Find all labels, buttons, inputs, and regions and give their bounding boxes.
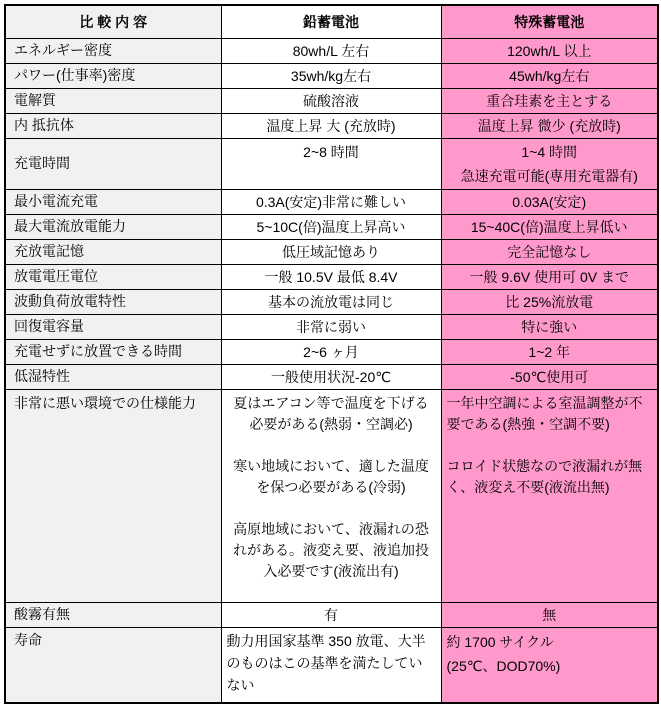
special-battery-value-cell: 約 1700 サイクル(25℃、DOD70%)	[441, 627, 658, 703]
table-row: 酸霧有無有無	[5, 602, 658, 627]
special-battery-value-cell: 一年中空調による室温調整が不要である(熱強・空調不要)コロイド状態なので液漏れが…	[441, 389, 658, 602]
lead-battery-value-cell: 非常に弱い	[221, 314, 441, 339]
lead-battery-value-cell: 低圧域記憶あり	[221, 239, 441, 264]
lead-battery-value-cell: 硫酸溶液	[221, 88, 441, 113]
table-header: 比 較 内 容 鉛蓄電池 特殊蓄電池	[5, 5, 658, 38]
lead-battery-value-cell: 夏はエアコン等で温度を下げる必要がある(熱弱・空調必)寒い地域において、適した温…	[221, 389, 441, 602]
special-battery-value-cell: 温度上昇 微少 (充放時)	[441, 113, 658, 138]
special-battery-value-cell: 無	[441, 602, 658, 627]
table-row: 非常に悪い環境での仕様能力夏はエアコン等で温度を下げる必要がある(熱弱・空調必)…	[5, 389, 658, 602]
lead-battery-value-cell: 基本の流放電は同じ	[221, 289, 441, 314]
table-row: エネルギー密度80wh/L 左右120wh/L 以上	[5, 38, 658, 63]
special-battery-value-cell: 一般 9.6V 使用可 0V まで	[441, 264, 658, 289]
lead-battery-value-cell: 2~8 時間	[221, 138, 441, 189]
lead-battery-value-cell: 一般 10.5V 最低 8.4V	[221, 264, 441, 289]
table-row: 寿命動力用国家基準 350 放電、大半のものはこの基準を満たしていない約 170…	[5, 627, 658, 703]
special-battery-value-cell: 完全記憶なし	[441, 239, 658, 264]
special-battery-value-cell: 0.03A(安定)	[441, 189, 658, 214]
lead-battery-value-cell: 0.3A(安定)非常に難しい	[221, 189, 441, 214]
header-special-battery: 特殊蓄電池	[441, 5, 658, 38]
special-battery-value-cell: 45wh/kg左右	[441, 63, 658, 88]
paragraph-gap	[447, 435, 653, 456]
row-label-cell: 放電電圧電位	[5, 264, 221, 289]
row-label-cell: 寿命	[5, 627, 221, 703]
cell-paragraph: コロイド状態なので液漏れが無く、液変え不要(液流出無)	[447, 456, 653, 498]
cell-paragraph: (25℃、DOD70%)	[447, 654, 653, 678]
row-label-cell: 電解質	[5, 88, 221, 113]
paragraph-gap	[227, 498, 436, 519]
table-row: パワー(仕事率)密度35wh/kg左右45wh/kg左右	[5, 63, 658, 88]
table-row: 波動負荷放電特性基本の流放電は同じ比 25%流放電	[5, 289, 658, 314]
page: 比 較 内 容 鉛蓄電池 特殊蓄電池 エネルギー密度80wh/L 左右120wh…	[0, 0, 661, 709]
lead-battery-value-cell: 35wh/kg左右	[221, 63, 441, 88]
table-row: 充放電記憶低圧域記憶あり完全記憶なし	[5, 239, 658, 264]
special-battery-value-cell: 1~2 年	[441, 339, 658, 364]
table-row: 回復電容量非常に弱い特に強い	[5, 314, 658, 339]
battery-comparison-table: 比 較 内 容 鉛蓄電池 特殊蓄電池 エネルギー密度80wh/L 左右120wh…	[4, 4, 659, 704]
special-battery-value-cell: 120wh/L 以上	[441, 38, 658, 63]
special-battery-value-cell: -50℃使用可	[441, 364, 658, 389]
table-row: 電解質硫酸溶液重合珪素を主とする	[5, 88, 658, 113]
table-row: 充電時間2~8 時間1~4 時間急速充電可能(専用充電器有)	[5, 138, 658, 189]
cell-paragraph: 夏はエアコン等で温度を下げる必要がある(熱弱・空調必)	[227, 393, 436, 435]
special-battery-value-cell: 重合珪素を主とする	[441, 88, 658, 113]
header-lead-acid-battery: 鉛蓄電池	[221, 5, 441, 38]
table-row: 内 抵抗体温度上昇 大 (充放時)温度上昇 微少 (充放時)	[5, 113, 658, 138]
row-label-cell: 最大電流放電能力	[5, 214, 221, 239]
row-label-cell: 低湿特性	[5, 364, 221, 389]
lead-battery-value-cell: 有	[221, 602, 441, 627]
paragraph-gap	[227, 435, 436, 456]
cell-paragraph: 1~4 時間	[447, 140, 653, 164]
row-label-cell: 非常に悪い環境での仕様能力	[5, 389, 221, 602]
lead-battery-value-cell: 2~6 ヶ月	[221, 339, 441, 364]
lead-battery-value-cell: 温度上昇 大 (充放時)	[221, 113, 441, 138]
cell-paragraph: 急速充電可能(専用充電器有)	[447, 164, 653, 188]
cell-paragraph: 一年中空調による室温調整が不要である(熱強・空調不要)	[447, 393, 653, 435]
lead-battery-value-cell: 一般使用状況-20℃	[221, 364, 441, 389]
row-label-cell: エネルギー密度	[5, 38, 221, 63]
row-label-cell: 充電時間	[5, 138, 221, 189]
table-body: エネルギー密度80wh/L 左右120wh/L 以上パワー(仕事率)密度35wh…	[5, 38, 658, 703]
cell-paragraph: 高原地域において、液漏れの恐れがある。液変え要、液追加投入必要です(液流出有)	[227, 519, 436, 582]
lead-battery-value-cell: 動力用国家基準 350 放電、大半のものはこの基準を満たしていない	[221, 627, 441, 703]
table-row: 充電せずに放置できる時間2~6 ヶ月1~2 年	[5, 339, 658, 364]
row-label-cell: 充電せずに放置できる時間	[5, 339, 221, 364]
row-label-cell: 波動負荷放電特性	[5, 289, 221, 314]
lead-battery-value-cell: 5~10C(倍)温度上昇高い	[221, 214, 441, 239]
table-row: 最大電流放電能力5~10C(倍)温度上昇高い15~40C(倍)温度上昇低い	[5, 214, 658, 239]
row-label-cell: 最小電流充電	[5, 189, 221, 214]
row-label-cell: 内 抵抗体	[5, 113, 221, 138]
table-row: 最小電流充電0.3A(安定)非常に難しい0.03A(安定)	[5, 189, 658, 214]
special-battery-value-cell: 1~4 時間急速充電可能(専用充電器有)	[441, 138, 658, 189]
lead-battery-value-cell: 80wh/L 左右	[221, 38, 441, 63]
table-row: 放電電圧電位一般 10.5V 最低 8.4V一般 9.6V 使用可 0V まで	[5, 264, 658, 289]
row-label-cell: 充放電記憶	[5, 239, 221, 264]
special-battery-value-cell: 比 25%流放電	[441, 289, 658, 314]
header-row: 比 較 内 容 鉛蓄電池 特殊蓄電池	[5, 5, 658, 38]
cell-paragraph: 約 1700 サイクル	[447, 630, 653, 654]
row-label-cell: 酸霧有無	[5, 602, 221, 627]
row-label-cell: パワー(仕事率)密度	[5, 63, 221, 88]
header-comparison-item: 比 較 内 容	[5, 5, 221, 38]
special-battery-value-cell: 15~40C(倍)温度上昇低い	[441, 214, 658, 239]
row-label-cell: 回復電容量	[5, 314, 221, 339]
cell-paragraph: 寒い地域において、適した温度を保つ必要がある(冷弱)	[227, 456, 436, 498]
special-battery-value-cell: 特に強い	[441, 314, 658, 339]
table-row: 低湿特性一般使用状況-20℃-50℃使用可	[5, 364, 658, 389]
